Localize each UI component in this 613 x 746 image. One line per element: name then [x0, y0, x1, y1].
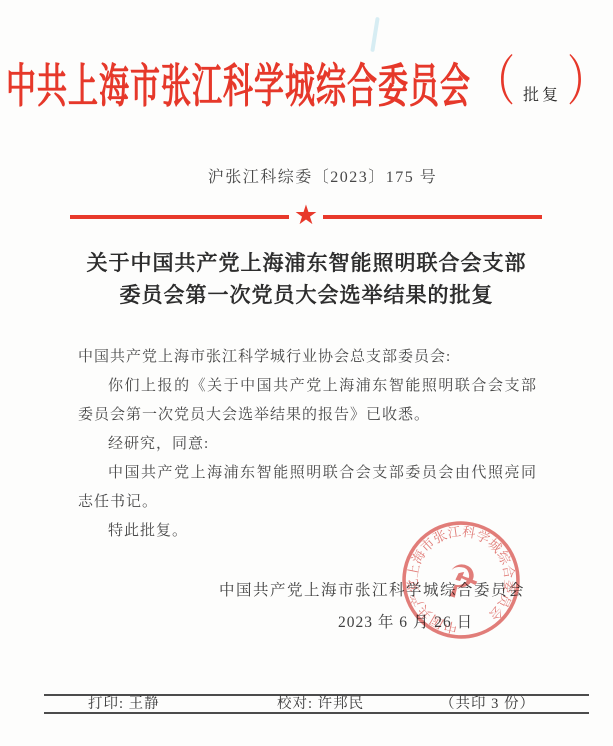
- document-title-line2: 委员会第一次党员大会选举结果的批复: [0, 279, 613, 311]
- document-body: 中国共产党上海市张江科学城行业协会总支部委员会: 你们上报的《关于中国共产党上海…: [78, 343, 537, 546]
- body-paragraph: 中国共产党上海浦东智能照明联合会支部委员会由代照亮同志任书记。: [78, 459, 537, 517]
- document-title-line1: 关于中国共产党上海浦东智能照明联合会支部: [0, 247, 613, 279]
- body-paragraph: 你们上报的《关于中国共产党上海浦东智能照明联合会支部委员会第一次党员大会选举结果…: [78, 372, 537, 430]
- document-page: 中共上海市张江科学城综合委员会 （ 批复 ） 沪张江科综委〔2023〕175 号…: [0, 0, 613, 746]
- body-paragraph: 特此批复。: [78, 517, 537, 546]
- signature-date: 2023 年 6 月 26 日: [338, 610, 464, 632]
- signature-org: 中国共产党上海市张江科学城综合委员会: [219, 578, 525, 600]
- red-divider-line-right: [323, 215, 542, 219]
- letterhead-paren-open: （: [475, 55, 515, 109]
- letterhead: 中共上海市张江科学城综合委员会 （ 批复 ）: [0, 44, 613, 120]
- colophon-printer: 打印: 王静: [88, 696, 160, 713]
- body-paragraph: 经研究，同意:: [78, 430, 537, 459]
- letterhead-paren-close: ）: [567, 55, 607, 109]
- letterhead-doc-type: 批复: [523, 82, 561, 105]
- colophon-rule-bottom: [44, 712, 589, 714]
- colophon-proofreader: 校对: 许邦民: [277, 696, 364, 713]
- star-icon: ★: [294, 202, 318, 229]
- colophon-copies: （共印 3 份）: [440, 696, 535, 713]
- red-divider-line-left: [70, 215, 289, 219]
- document-number: 沪张江科综委〔2023〕175 号: [32, 164, 613, 187]
- salutation: 中国共产党上海市张江科学城行业协会总支部委员会:: [78, 343, 537, 372]
- red-divider: ★: [70, 203, 542, 231]
- document-title: 关于中国共产党上海浦东智能照明联合会支部 委员会第一次党员大会选举结果的批复: [0, 247, 613, 311]
- letterhead-org-title: 中共上海市张江科学城综合委员会: [6, 48, 471, 116]
